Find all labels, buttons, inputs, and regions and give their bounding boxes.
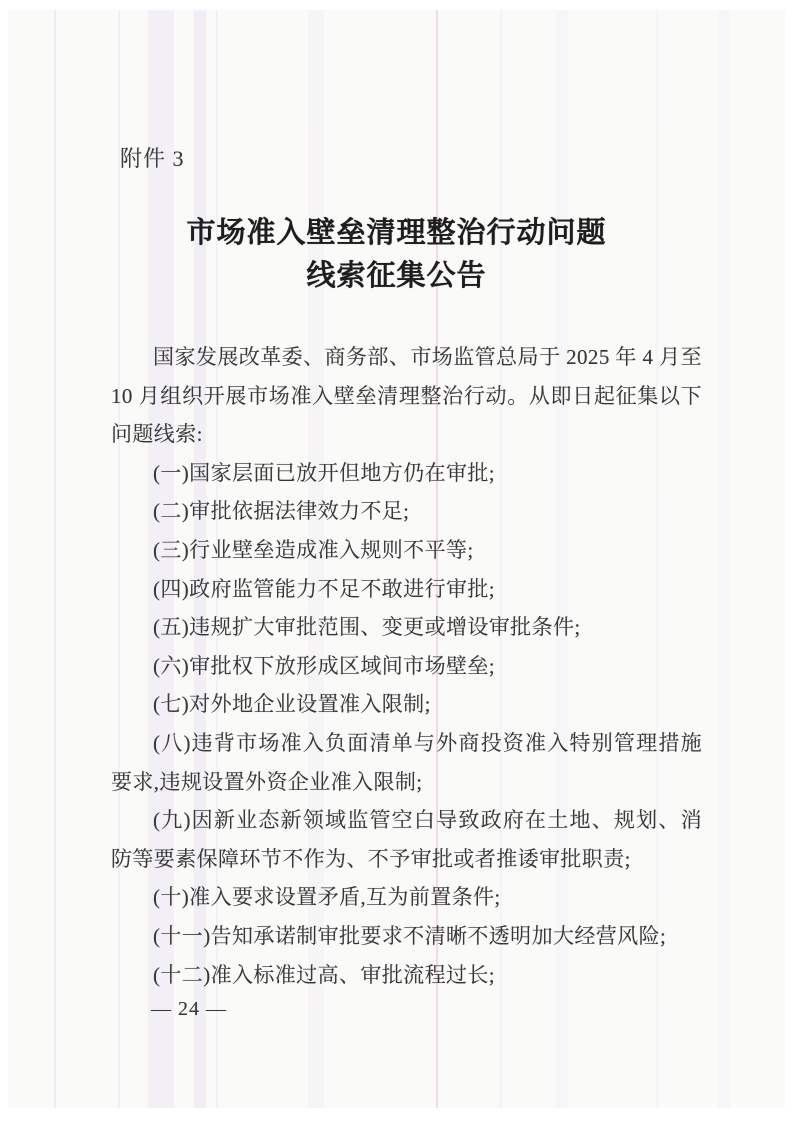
list-item: (十一)告知承诺制审批要求不清晰不透明加大经营风险; bbox=[111, 917, 702, 956]
document-title-line2: 线索征集公告 bbox=[0, 255, 793, 298]
list-item: (一)国家层面已放开但地方仍在审批; bbox=[111, 454, 702, 493]
scanned-document-page: 附件 3 市场准入壁垒清理整治行动问题 线索征集公告 国家发展改革委、商务部、市… bbox=[0, 0, 793, 1122]
attachment-label: 附件 3 bbox=[120, 142, 185, 173]
list-item: (九)因新业态新领域监管空白导致政府在土地、规划、消防等要素保障环节不作为、不予… bbox=[111, 801, 702, 878]
document-title: 市场准入壁垒清理整治行动问题 线索征集公告 bbox=[0, 212, 793, 298]
list-item: (八)违背市场准入负面清单与外商投资准入特别管理措施要求,违规设置外资企业准入限… bbox=[111, 724, 702, 801]
document-title-line1: 市场准入壁垒清理整治行动问题 bbox=[0, 212, 793, 255]
list-item: (四)政府监管能力不足不敢进行审批; bbox=[111, 570, 702, 609]
list-item: (六)审批权下放形成区域间市场壁垒; bbox=[111, 647, 702, 686]
page-number: — 24 — bbox=[151, 998, 227, 1021]
document-body: 国家发展改革委、商务部、市场监管总局于 2025 年 4 月至 10 月组织开展… bbox=[111, 338, 702, 994]
list-item: (十二)准入标准过高、审批流程过长; bbox=[111, 956, 702, 995]
list-item: (三)行业壁垒造成准入规则不平等; bbox=[111, 531, 702, 570]
list-item: (七)对外地企业设置准入限制; bbox=[111, 685, 702, 724]
list-item: (二)审批依据法律效力不足; bbox=[111, 492, 702, 531]
list-item: (十)准入要求设置矛盾,互为前置条件; bbox=[111, 878, 702, 917]
intro-paragraph: 国家发展改革委、商务部、市场监管总局于 2025 年 4 月至 10 月组织开展… bbox=[111, 338, 702, 454]
list-item: (五)违规扩大审批范围、变更或增设审批条件; bbox=[111, 608, 702, 647]
